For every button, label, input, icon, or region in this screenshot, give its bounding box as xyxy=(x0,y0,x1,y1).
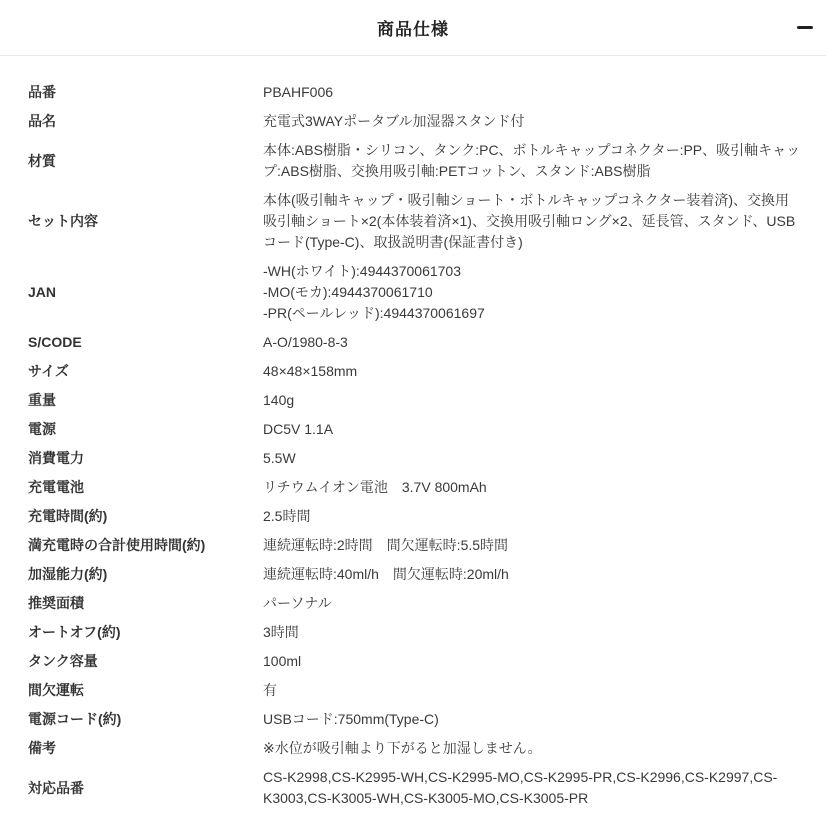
spec-label: 充電電池 xyxy=(28,477,263,498)
spec-row: 消費電力 5.5W xyxy=(28,444,803,473)
page-title: 商品仕様 xyxy=(377,15,449,40)
spec-value: 100ml xyxy=(263,651,803,672)
spec-row: 電源 DC5V 1.1A xyxy=(28,415,803,444)
spec-label: 品番 xyxy=(28,82,263,103)
spec-value: 本体:ABS樹脂・シリコン、タンク:PC、ボトルキャップコネクター:PP、吸引軸… xyxy=(263,140,803,182)
spec-label: JAN xyxy=(28,282,263,303)
spec-value: リチウムイオン電池 3.7V 800mAh xyxy=(263,477,803,498)
spec-value: PBAHF006 xyxy=(263,82,803,103)
spec-value: -WH(ホワイト):4944370061703 -MO(モカ):49443700… xyxy=(263,261,803,324)
spec-row: 電源コード(約) USBコード:750mm(Type-C) xyxy=(28,705,803,734)
spec-value: 有 xyxy=(263,680,803,701)
spec-label: 重量 xyxy=(28,390,263,411)
product-spec-page: { "colors": { "title_text": "#222222", "… xyxy=(0,0,826,826)
spec-value: CS-K2998,CS-K2995-WH,CS-K2995-MO,CS-K299… xyxy=(263,767,803,809)
spec-label: 充電時間(約) xyxy=(28,506,263,527)
spec-row: 重量 140g xyxy=(28,386,803,415)
spec-value: 3時間 xyxy=(263,622,803,643)
spec-label: 間欠運転 xyxy=(28,680,263,701)
spec-label: 消費電力 xyxy=(28,448,263,469)
spec-row: 対応品番 CS-K2998,CS-K2995-WH,CS-K2995-MO,CS… xyxy=(28,763,803,813)
spec-label: 材質 xyxy=(28,151,263,172)
section-header: 商品仕様 xyxy=(0,0,826,56)
spec-value: A-O/1980-8-3 xyxy=(263,332,803,353)
spec-table: 品番 PBAHF006 品名 充電式3WAYポータブル加湿器スタンド付 材質 本… xyxy=(0,78,826,813)
spec-row: 品名 充電式3WAYポータブル加湿器スタンド付 xyxy=(28,107,803,136)
spec-value: パーソナル xyxy=(263,593,803,614)
spec-value: ※水位が吸引軸より下がると加湿しません。 xyxy=(263,738,803,759)
spec-row: サイズ 48×48×158mm xyxy=(28,357,803,386)
spec-row: 充電電池 リチウムイオン電池 3.7V 800mAh xyxy=(28,473,803,502)
spec-row: 充電時間(約) 2.5時間 xyxy=(28,502,803,531)
spec-row: JAN -WH(ホワイト):4944370061703 -MO(モカ):4944… xyxy=(28,257,803,328)
spec-row: 推奨面積 パーソナル xyxy=(28,589,803,618)
spec-value: USBコード:750mm(Type-C) xyxy=(263,709,803,730)
minus-icon xyxy=(797,26,813,30)
collapse-section-button[interactable] xyxy=(792,15,818,41)
spec-row: 加湿能力(約) 連続運転時:40ml/h 間欠運転時:20ml/h xyxy=(28,560,803,589)
spec-value: 140g xyxy=(263,390,803,411)
spec-label: 対応品番 xyxy=(28,778,263,799)
spec-value: 2.5時間 xyxy=(263,506,803,527)
spec-row: オートオフ(約) 3時間 xyxy=(28,618,803,647)
spec-label: S/CODE xyxy=(28,332,263,353)
spec-label: セット内容 xyxy=(28,211,263,232)
spec-value: DC5V 1.1A xyxy=(263,419,803,440)
spec-row: セット内容 本体(吸引軸キャップ・吸引軸ショート・ボトルキャップコネクター装着済… xyxy=(28,186,803,257)
spec-label: 推奨面積 xyxy=(28,593,263,614)
spec-label: 電源 xyxy=(28,419,263,440)
spec-row: 備考 ※水位が吸引軸より下がると加湿しません。 xyxy=(28,734,803,763)
spec-label: 備考 xyxy=(28,738,263,759)
spec-value: 連続運転時:40ml/h 間欠運転時:20ml/h xyxy=(263,564,803,585)
spec-value: 5.5W xyxy=(263,448,803,469)
spec-label: 品名 xyxy=(28,111,263,132)
spec-label: サイズ xyxy=(28,361,263,382)
spec-row: 品番 PBAHF006 xyxy=(28,78,803,107)
spec-value: 充電式3WAYポータブル加湿器スタンド付 xyxy=(263,111,803,132)
spec-label: オートオフ(約) xyxy=(28,622,263,643)
spec-label: 加湿能力(約) xyxy=(28,564,263,585)
spec-row: 間欠運転 有 xyxy=(28,676,803,705)
spec-row: S/CODE A-O/1980-8-3 xyxy=(28,328,803,357)
spec-label: 満充電時の合計使用時間(約) xyxy=(28,535,263,556)
spec-value: 連続運転時:2時間 間欠運転時:5.5時間 xyxy=(263,535,803,556)
spec-value: 48×48×158mm xyxy=(263,361,803,382)
spec-row: 満充電時の合計使用時間(約) 連続運転時:2時間 間欠運転時:5.5時間 xyxy=(28,531,803,560)
spec-value: 本体(吸引軸キャップ・吸引軸ショート・ボトルキャップコネクター装着済)、交換用吸… xyxy=(263,190,803,253)
spec-row: 材質 本体:ABS樹脂・シリコン、タンク:PC、ボトルキャップコネクター:PP、… xyxy=(28,136,803,186)
spec-label: タンク容量 xyxy=(28,651,263,672)
spec-row: タンク容量 100ml xyxy=(28,647,803,676)
spec-label: 電源コード(約) xyxy=(28,709,263,730)
